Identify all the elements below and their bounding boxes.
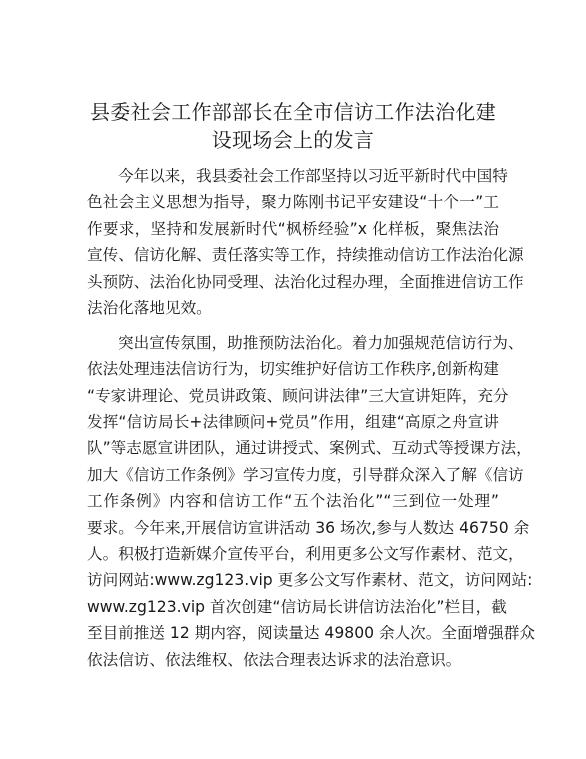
paragraph-line: “专家讲理论、党员讲政策、顾问讲法律”三大宣讲矩阵，充分 bbox=[87, 383, 499, 409]
paragraph-line: 依法信访、依法维权、依法合理表达诉求的法治意识。 bbox=[87, 647, 499, 673]
document-body: 今年以来，我县委社会工作部坚持以习近平新时代中国特 色社会主义思想为指导，聚力陈… bbox=[87, 163, 499, 681]
paragraph-line: 工作条例》内容和信访工作“五个法治化”“三到位一处理” bbox=[87, 488, 499, 514]
paragraph-line: 色社会主义思想为指导，聚力陈刚书记平安建设“十个一”工 bbox=[87, 189, 499, 215]
paragraph-line: 依法处理违法信访行为，切实维护好信访工作秩序,创新构建 bbox=[87, 356, 499, 382]
paragraph-line: 人。积极打造新媒介宣传平台，利用更多公文写作素材、范文， bbox=[87, 541, 499, 567]
paragraph-2: 突出宣传氛围，助推预防法治化。着力加强规范信访行为、 依法处理违法信访行为，切实… bbox=[87, 330, 499, 673]
paragraph-line: www.zg123.vip 首次创建“信访局长讲信访法治化”栏目，截 bbox=[87, 594, 499, 620]
paragraph-line: 突出宣传氛围，助推预防法治化。着力加强规范信访行为、 bbox=[87, 330, 499, 356]
paragraph-line: 宣传、信访化解、责任落实等工作，持续推动信访工作法治化源 bbox=[87, 242, 499, 268]
document-page: 县委社会工作部部长在全市信访工作法治化建 设现场会上的发言 今年以来，我县委社会… bbox=[0, 0, 586, 759]
paragraph-line: 队”等志愿宣讲团队，通过讲授式、案例式、互动式等授课方法， bbox=[87, 435, 499, 461]
document-title: 县委社会工作部部长在全市信访工作法治化建 设现场会上的发言 bbox=[80, 98, 506, 154]
paragraph-line: 加大《信访工作条例》学习宣传力度，引导群众深入了解《信访 bbox=[87, 462, 499, 488]
paragraph-line: 头预防、法治化协同受理、法治化过程办理，全面推进信访工作 bbox=[87, 269, 499, 295]
title-line-2: 设现场会上的发言 bbox=[80, 126, 506, 154]
paragraph-line: 今年以来，我县委社会工作部坚持以习近平新时代中国特 bbox=[87, 163, 499, 189]
paragraph-line: 法治化落地见效。 bbox=[87, 295, 499, 321]
paragraph-line: 作要求，坚持和发展新时代“枫桥经验”x 化样板，聚焦法治 bbox=[87, 216, 499, 242]
paragraph-line: 要求。今年来,开展信访宣讲活动 36 场次,参与人数达 46750 余 bbox=[87, 515, 499, 541]
paragraph-line: 发挥“信访局长+法律顾问+党员”作用，组建“高原之舟宣讲 bbox=[87, 409, 499, 435]
paragraph-1: 今年以来，我县委社会工作部坚持以习近平新时代中国特 色社会主义思想为指导，聚力陈… bbox=[87, 163, 499, 321]
paragraph-line: 访问网站:www.zg123.vip 更多公文写作素材、范文，访问网站: bbox=[87, 567, 499, 593]
paragraph-line: 至目前推送 12 期内容，阅读量达 49800 余人次。全面增强群众 bbox=[87, 620, 499, 646]
title-line-1: 县委社会工作部部长在全市信访工作法治化建 bbox=[80, 98, 506, 126]
